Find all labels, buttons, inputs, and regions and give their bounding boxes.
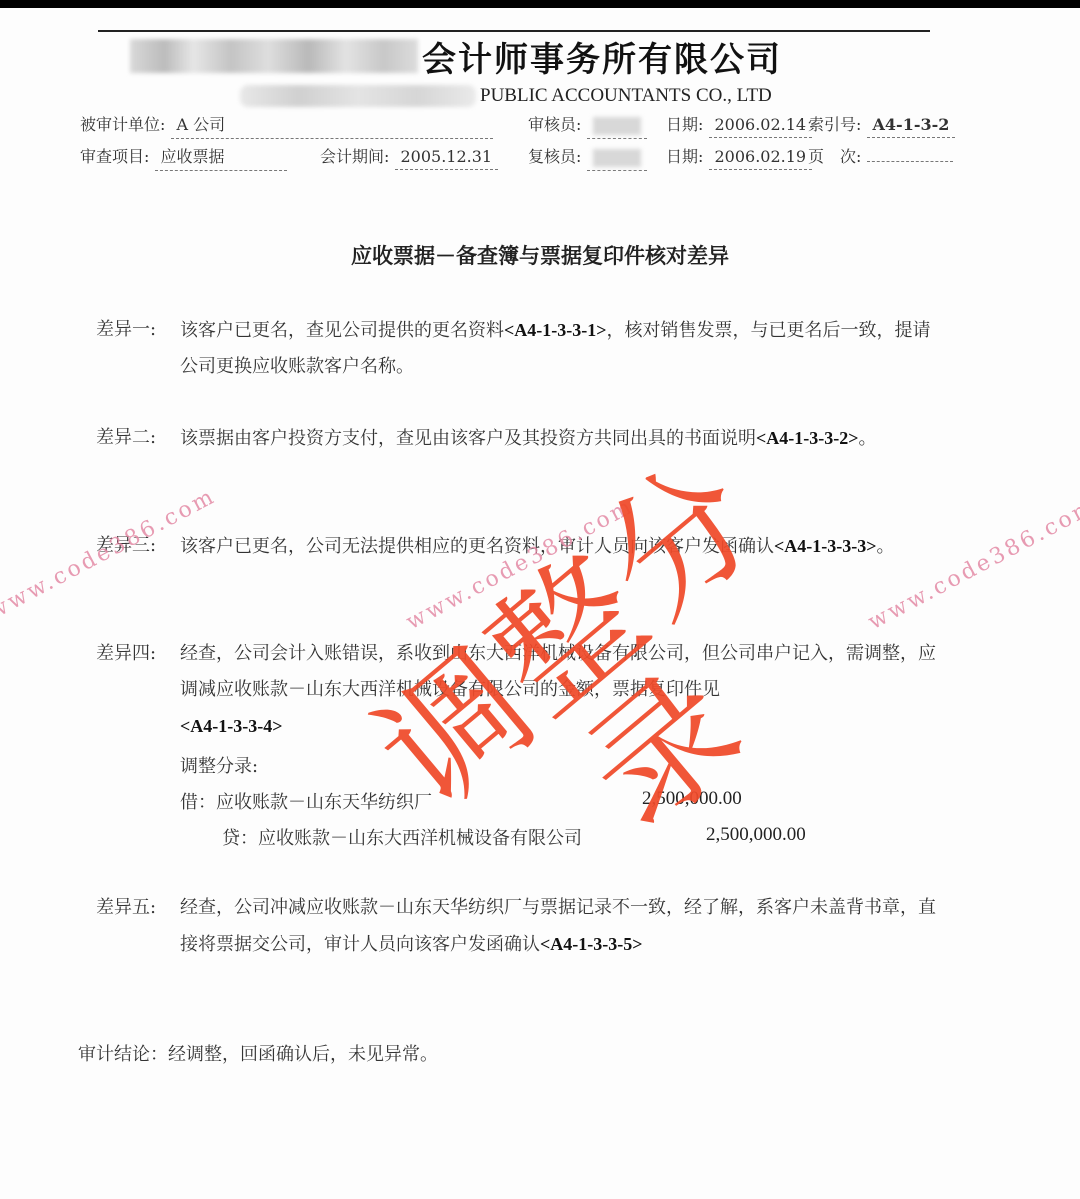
firm-name-cn: 会计师事务所有限公司 bbox=[130, 34, 900, 78]
reviewer: 审核员: bbox=[528, 112, 647, 139]
page-label: 页 次: bbox=[808, 147, 861, 166]
difference-5-body: 经查，公司冲减应收账款－山东天华纺织厂与票据记录不一致，经了解，系客户未盖背书章… bbox=[180, 890, 936, 963]
difference-2-lead: 差异二: bbox=[96, 420, 180, 456]
debit-account: 借：应收账款－山东天华纺织厂 bbox=[180, 788, 432, 814]
difference-4-body: 经查，公司会计入账错误，系收到山东大西洋机械设备有限公司，但公司串户记入，需调整… bbox=[180, 636, 936, 745]
difference-2: 差异二: 该票据由客户投资方支付，查见由该客户及其投资方共同出具的书面说明<A4… bbox=[96, 420, 936, 457]
document-title: 应收票据－备查簿与票据复印件核对差异 bbox=[0, 240, 1080, 270]
difference-3-ref: <A4-1-3-3-3> bbox=[774, 536, 877, 556]
redacted-firm-prefix bbox=[130, 39, 418, 73]
difference-5-ref: <A4-1-3-3-5> bbox=[540, 934, 643, 954]
difference-2-body: 该票据由客户投资方支付，查见由该客户及其投资方共同出具的书面说明<A4-1-3-… bbox=[180, 420, 936, 457]
difference-4: 差异四: 经查，公司会计入账错误，系收到山东大西洋机械设备有限公司，但公司串户记… bbox=[96, 636, 936, 745]
date-1-value: 2006.02.14 bbox=[709, 115, 813, 138]
credit-amount: 2,500,000.00 bbox=[706, 824, 806, 846]
index-value: A4-1-3-2 bbox=[867, 115, 956, 138]
rechecker-value bbox=[587, 147, 647, 171]
difference-1-ref: <A4-1-3-3-1> bbox=[504, 320, 607, 340]
index-label: 索引号: bbox=[808, 115, 861, 134]
rechecker-label: 复核员: bbox=[528, 147, 581, 166]
difference-1: 差异一: 该客户已更名，查见公司提供的更名资料<A4-1-3-3-1>，核对销售… bbox=[96, 312, 936, 385]
audited-unit-value: A 公司 bbox=[171, 112, 493, 139]
difference-3-lead: 差异三: bbox=[96, 528, 180, 564]
difference-1-lead: 差异一: bbox=[96, 312, 180, 348]
difference-3-text-after: 。 bbox=[877, 536, 895, 557]
firm-name-cn-text: 会计师事务所有限公司 bbox=[422, 32, 782, 81]
difference-2-text-after: 。 bbox=[859, 428, 877, 449]
audit-item: 审查项目: 应收票据 bbox=[80, 144, 287, 171]
rechecker: 复核员: bbox=[528, 144, 647, 171]
difference-4-text: 经查，公司会计入账错误，系收到山东大西洋机械设备有限公司，但公司串户记入，需调整… bbox=[180, 643, 936, 700]
difference-1-text: 该客户已更名，查见公司提供的更名资料 bbox=[180, 320, 504, 341]
date-2-value: 2006.02.19 bbox=[709, 147, 813, 170]
redacted-firm-en-prefix bbox=[240, 85, 476, 107]
date-2: 日期: 2006.02.19 bbox=[666, 144, 812, 170]
date-2-label: 日期: bbox=[666, 147, 703, 166]
audit-item-value: 应收票据 bbox=[155, 144, 287, 171]
period-value: 2005.12.31 bbox=[395, 147, 499, 170]
reviewer-label: 审核员: bbox=[528, 115, 581, 134]
period-label: 会计期间: bbox=[320, 147, 389, 166]
difference-3-body: 该客户已更名，公司无法提供相应的更名资料，审计人员向该客户发函确认<A4-1-3… bbox=[180, 528, 936, 565]
debit-amount: 2,500,000.00 bbox=[642, 788, 742, 810]
audit-conclusion: 审计结论：经调整，回函确认后，未见异常。 bbox=[78, 1040, 438, 1066]
difference-5-lead: 差异五: bbox=[96, 890, 180, 926]
date-1: 日期: 2006.02.14 bbox=[666, 112, 812, 138]
index-number: 索引号: A4-1-3-2 bbox=[808, 112, 955, 138]
firm-name-en-text: PUBLIC ACCOUNTANTS CO., LTD bbox=[480, 85, 772, 107]
difference-2-text: 该票据由客户投资方支付，查见由该客户及其投资方共同出具的书面说明 bbox=[180, 428, 756, 449]
credit-account: 贷：应收账款－山东大西洋机械设备有限公司 bbox=[222, 824, 582, 850]
difference-1-body: 该客户已更名，查见公司提供的更名资料<A4-1-3-3-1>，核对销售发票，与已… bbox=[180, 312, 936, 385]
date-1-label: 日期: bbox=[666, 115, 703, 134]
firm-name-en: PUBLIC ACCOUNTANTS CO., LTD bbox=[240, 84, 800, 108]
difference-4-lead: 差异四: bbox=[96, 636, 180, 672]
difference-3: 差异三: 该客户已更名，公司无法提供相应的更名资料，审计人员向该客户发函确认<A… bbox=[96, 528, 936, 565]
audit-item-label: 审查项目: bbox=[80, 147, 149, 166]
difference-2-ref: <A4-1-3-3-2> bbox=[756, 428, 859, 448]
page-value bbox=[867, 158, 953, 162]
top-black-bar bbox=[0, 0, 1080, 8]
difference-3-text: 该客户已更名，公司无法提供相应的更名资料，审计人员向该客户发函确认 bbox=[180, 536, 774, 557]
accounting-period: 会计期间: 2005.12.31 bbox=[320, 144, 498, 170]
difference-4-ref: <A4-1-3-3-4> bbox=[180, 716, 283, 736]
redacted-reviewer-name bbox=[593, 117, 641, 135]
reviewer-value bbox=[587, 115, 647, 139]
adjusting-entry-label: 调整分录: bbox=[180, 752, 258, 778]
page-number: 页 次: bbox=[808, 144, 953, 167]
audited-unit: 被审计单位: A 公司 bbox=[80, 112, 493, 139]
audited-unit-label: 被审计单位: bbox=[80, 115, 165, 134]
redacted-rechecker-name bbox=[593, 149, 641, 167]
difference-5: 差异五: 经查，公司冲减应收账款－山东天华纺织厂与票据记录不一致，经了解，系客户… bbox=[96, 890, 936, 963]
